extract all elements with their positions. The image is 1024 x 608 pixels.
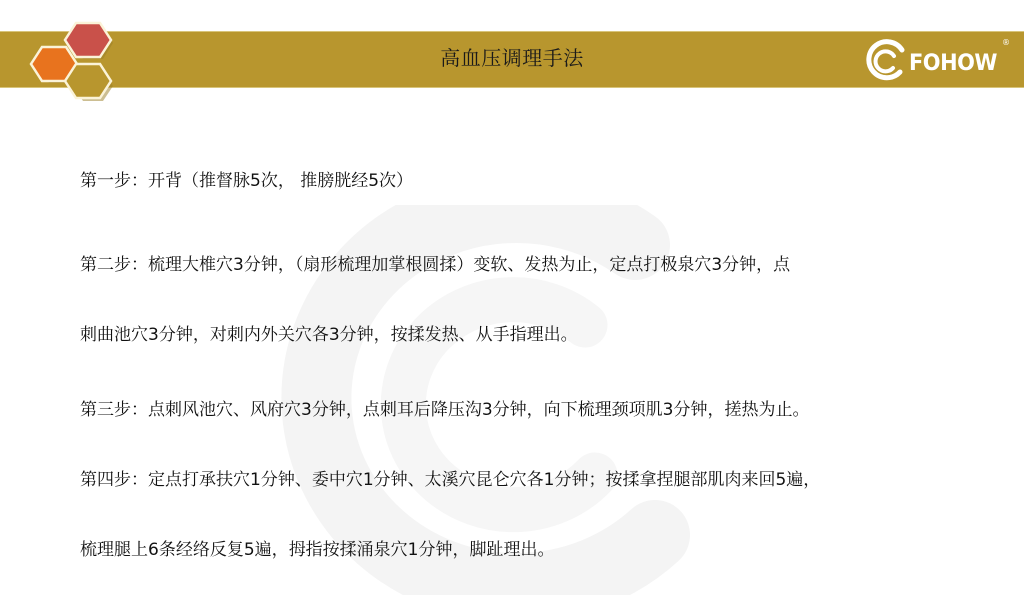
step-2-text: 第二步：梳理大椎穴3分钟，（扇形梳理加掌根圆揉）变软、发热为止，定点打极泉穴3分… [80, 250, 790, 275]
step-4-text-continued: 梳理腿上6条经络反复5遍，拇指按揉涌泉穴1分钟，脚趾理出。 [80, 535, 554, 560]
logo-text: FOHOW [909, 51, 997, 76]
step-1-text: 第一步：开背（推督脉5次， 推膀胱经5次） [80, 166, 413, 191]
fohow-logo: FOHOW ® [862, 38, 1012, 82]
fohow-swirl-icon [862, 38, 908, 82]
step-3-text: 第三步：点刺风池穴、风府穴3分钟，点刺耳后降压沟3分钟，向下梳理颈项肌3分钟，搓… [80, 395, 809, 420]
registered-mark: ® [1002, 38, 1010, 47]
step-4-text: 第四步：定点打承扶穴1分钟、委中穴1分钟、太溪穴昆仑穴各1分钟；按揉拿捏腿部肌肉… [80, 465, 820, 490]
step-2-text-continued: 刺曲池穴3分钟，对刺内外关穴各3分钟，按揉发热、从手指理出。 [80, 320, 578, 345]
